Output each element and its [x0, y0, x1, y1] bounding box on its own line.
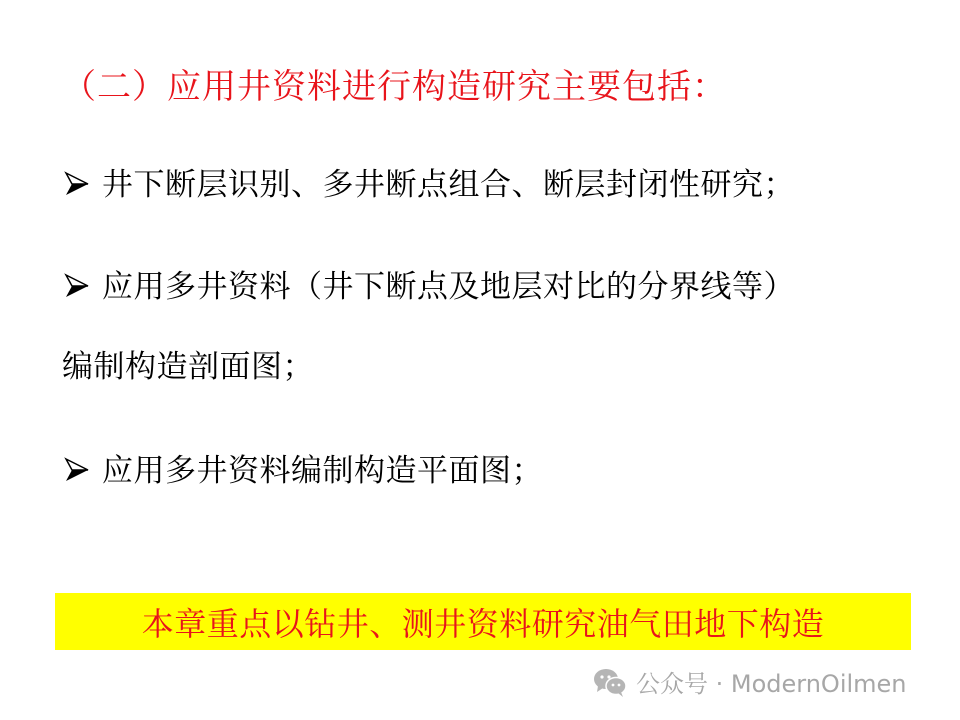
watermark: 公众号 · ModernOilmen: [592, 664, 907, 699]
highlight-text: 本章重点以钻井、测井资料研究油气田地下构造: [142, 599, 825, 645]
bullet-continuation-text: 编制构造剖面图；: [62, 349, 314, 385]
bullet-text: 井下断层识别、多井断点组合、断层封闭性研究；: [102, 167, 795, 203]
bullet-item-1: 井下断层识别、多井断点组合、断层封闭性研究；: [62, 163, 795, 207]
wechat-icon: [592, 666, 628, 698]
watermark-text: 公众号 · ModernOilmen: [636, 664, 907, 699]
highlight-banner: 本章重点以钻井、测井资料研究油气田地下构造: [55, 593, 911, 650]
bullet-item-2-continuation: 编制构造剖面图；: [62, 345, 314, 389]
bullet-text: 应用多井资料编制构造平面图；: [102, 453, 543, 489]
arrow-bullet-icon: [62, 169, 90, 199]
slide-title: （二）应用井资料进行构造研究主要包括：: [62, 62, 727, 112]
bullet-item-3: 应用多井资料编制构造平面图；: [62, 449, 543, 493]
arrow-bullet-icon: [62, 455, 90, 485]
bullet-text: 应用多井资料（井下断点及地层对比的分界线等）: [102, 269, 795, 305]
arrow-bullet-icon: [62, 271, 90, 301]
bullet-item-2: 应用多井资料（井下断点及地层对比的分界线等）: [62, 265, 795, 309]
